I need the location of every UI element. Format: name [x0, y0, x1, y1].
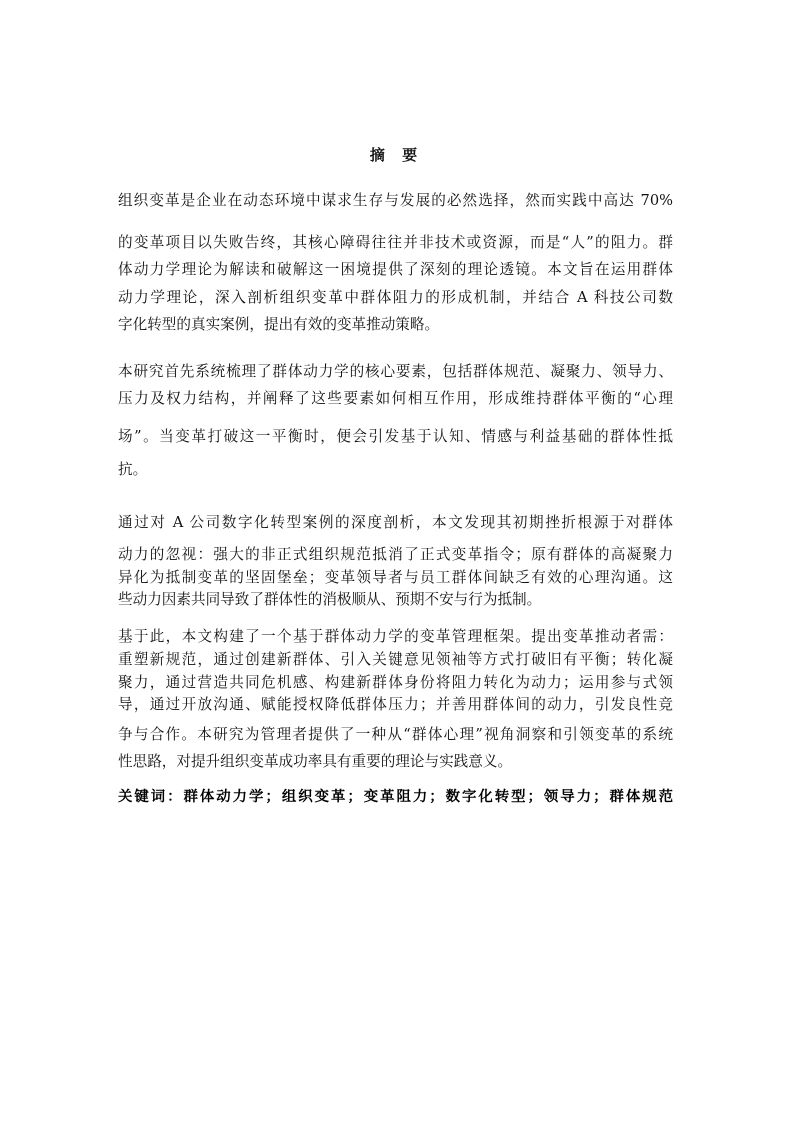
- text-line: 些动力因素共同导致了群体性的消极顺从、预期不安与行为抵制。: [118, 590, 673, 610]
- text-line: 重塑新规范，通过创建新群体、引入关键意见领袖等方式打破旧有平衡；转化凝: [118, 650, 673, 670]
- text-line: 争与合作。本研究为管理者提供了一种从“群体心理”视角洞察和引领变革的系统: [118, 725, 673, 745]
- text-line: 异化为抵制变革的坚固堡垒；变革领导者与员工群体间缺乏有效的心理沟通。这: [118, 568, 673, 588]
- text-line: 本研究首先系统梳理了群体动力学的核心要素，包括群体规范、凝聚力、领导力、: [118, 362, 673, 382]
- text-line: 聚力，通过营造共同危机感、构建新群体身份将阻力转化为动力；运用参与式领: [118, 673, 673, 693]
- keywords-line: 关键词：群体动力学；组织变革；变革阻力；数字化转型；领导力；群体规范: [118, 787, 673, 807]
- document-page: 摘 要 组织变革是企业在动态环境中谋求生存与发展的必然选择，然而实践中高达 70…: [0, 0, 793, 1122]
- text-line: 导，通过开放沟通、赋能授权降低群体压力；并善用群体间的动力，引发良性竞: [118, 695, 673, 715]
- text-line: 场”。当变革打破这一平衡时，便会引发基于认知、情感与利益基础的群体性抵: [118, 427, 673, 447]
- text-line: 通过对 A 公司数字化转型案例的深度剖析，本文发现其初期挫折根源于对群体: [118, 513, 673, 533]
- text-line: 的变革项目以失败告终，其核心障碍往往并非技术或资源，而是“人”的阻力。群: [118, 233, 673, 253]
- text-line: 字化转型的真实案例，提出有效的变革推动策略。: [118, 315, 673, 335]
- text-line: 体动力学理论为解读和破解这一困境提供了深刻的理论透镜。本文旨在运用群体: [118, 260, 673, 280]
- abstract-title: 摘 要: [0, 145, 793, 165]
- text-line: 压力及权力结构，并阐释了这些要素如何相互作用，形成维持群体平衡的“心理: [118, 389, 673, 409]
- text-line: 性思路，对提升组织变革成功率具有重要的理论与实践意义。: [118, 752, 673, 772]
- text-line: 动力学理论，深入剖析组织变革中群体阻力的形成机制，并结合 A 科技公司数: [118, 288, 673, 308]
- text-line: 组织变革是企业在动态环境中谋求生存与发展的必然选择，然而实践中高达 70%: [118, 191, 673, 211]
- text-line: 动力的忽视：强大的非正式组织规范抵消了正式变革指令；原有群体的高凝聚力: [118, 545, 673, 565]
- text-line: 抗。: [118, 460, 673, 480]
- text-line: 基于此，本文构建了一个基于群体动力学的变革管理框架。提出变革推动者需：: [118, 627, 673, 647]
